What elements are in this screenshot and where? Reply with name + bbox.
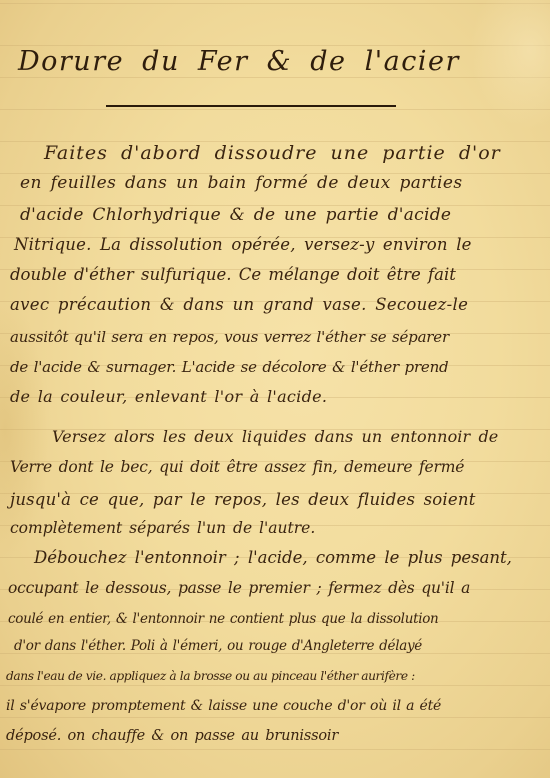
text-line: Débouchez l'entonnoir ; l'acide, comme l… xyxy=(34,548,512,567)
text-line: jusqu'à ce que, par le repos, les deux f… xyxy=(10,490,476,509)
text-line: Versez alors les deux liquides dans un e… xyxy=(52,427,498,446)
text-line: double d'éther sulfurique. Ce mélange do… xyxy=(10,265,456,284)
title-underline xyxy=(106,105,396,107)
manuscript-page: Dorure du Fer & de l'acier Faites d'abor… xyxy=(0,0,550,778)
paper-stain xyxy=(470,0,550,130)
text-line: déposé. on chauffe & on passe au bruniss… xyxy=(6,728,338,744)
text-line: il s'évapore promptement & laisse une co… xyxy=(6,698,441,714)
text-line: de l'acide & surnager. L'acide se décolo… xyxy=(10,358,448,376)
text-line: aussitôt qu'il sera en repos, vous verre… xyxy=(10,328,449,346)
text-line: complètement séparés l'un de l'autre. xyxy=(10,519,315,537)
text-line: en feuilles dans un bain formé de deux p… xyxy=(20,173,462,193)
text-line: d'or dans l'éther. Poli à l'émeri, ou ro… xyxy=(14,638,422,654)
text-line: de la couleur, enlevant l'or à l'acide. xyxy=(10,387,327,406)
text-line: Verre dont le bec, qui doit être assez f… xyxy=(10,458,464,476)
text-line: Faites d'abord dissoudre une partie d'or xyxy=(44,142,501,164)
text-line: Nitrique. La dissolution opérée, versez-… xyxy=(14,235,472,254)
text-line: avec précaution & dans un grand vase. Se… xyxy=(10,295,468,314)
text-line: d'acide Chlorhydrique & de une partie d'… xyxy=(20,205,451,225)
document-title: Dorure du Fer & de l'acier xyxy=(18,46,460,77)
text-line: dans l'eau de vie. appliquez à la brosse… xyxy=(6,669,415,683)
text-line: occupant le dessous, passe le premier ; … xyxy=(8,579,470,597)
text-line: coulé en entier, & l'entonnoir ne contie… xyxy=(8,611,438,627)
